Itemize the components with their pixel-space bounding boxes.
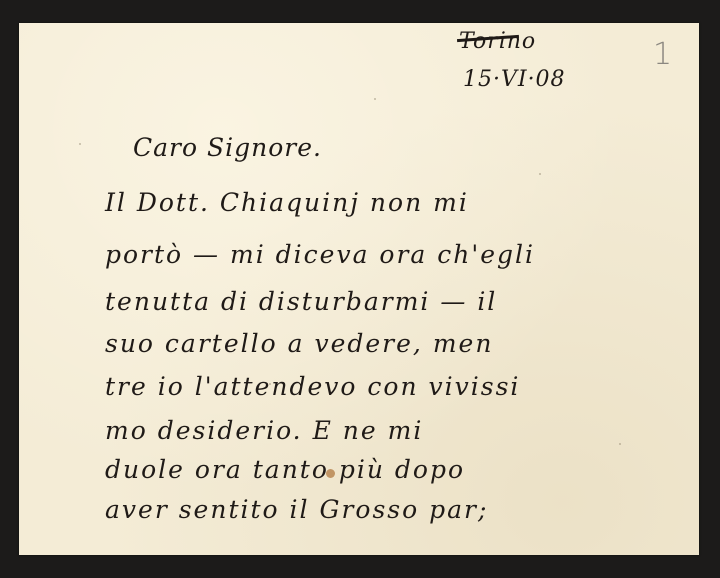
body-line: Il Dott. Chiaquinj non mi <box>105 188 469 217</box>
salutation: Caro Signore. <box>133 133 322 162</box>
letter-date: 15·VI·08 <box>463 67 566 92</box>
body-line: suo cartello a vedere, men <box>105 329 493 358</box>
body-line: portò — mi diceva ora ch'egli <box>105 240 535 269</box>
body-line: mo desiderio. E ne mi <box>105 416 423 445</box>
letter-card: Torino 15·VI·08 1 Caro Signore. Il Dott.… <box>19 23 699 555</box>
paper-speck <box>619 443 621 445</box>
paper-speck <box>269 383 271 385</box>
body-line: tenutta di disturbarmi — il <box>105 287 497 316</box>
body-line: tre io l'attendevo con vivissi <box>105 372 520 401</box>
scan-frame: Torino 15·VI·08 1 Caro Signore. Il Dott.… <box>0 0 720 578</box>
page-number: 1 <box>653 37 672 72</box>
letter-place: Torino <box>459 29 536 54</box>
paper-speck <box>539 173 541 175</box>
paper-speck <box>79 143 81 145</box>
body-line: aver sentito il Grosso par; <box>105 495 488 524</box>
ink-stain <box>326 469 335 478</box>
paper-speck <box>374 98 376 100</box>
body-line: duole ora tanto più dopo <box>105 455 465 484</box>
